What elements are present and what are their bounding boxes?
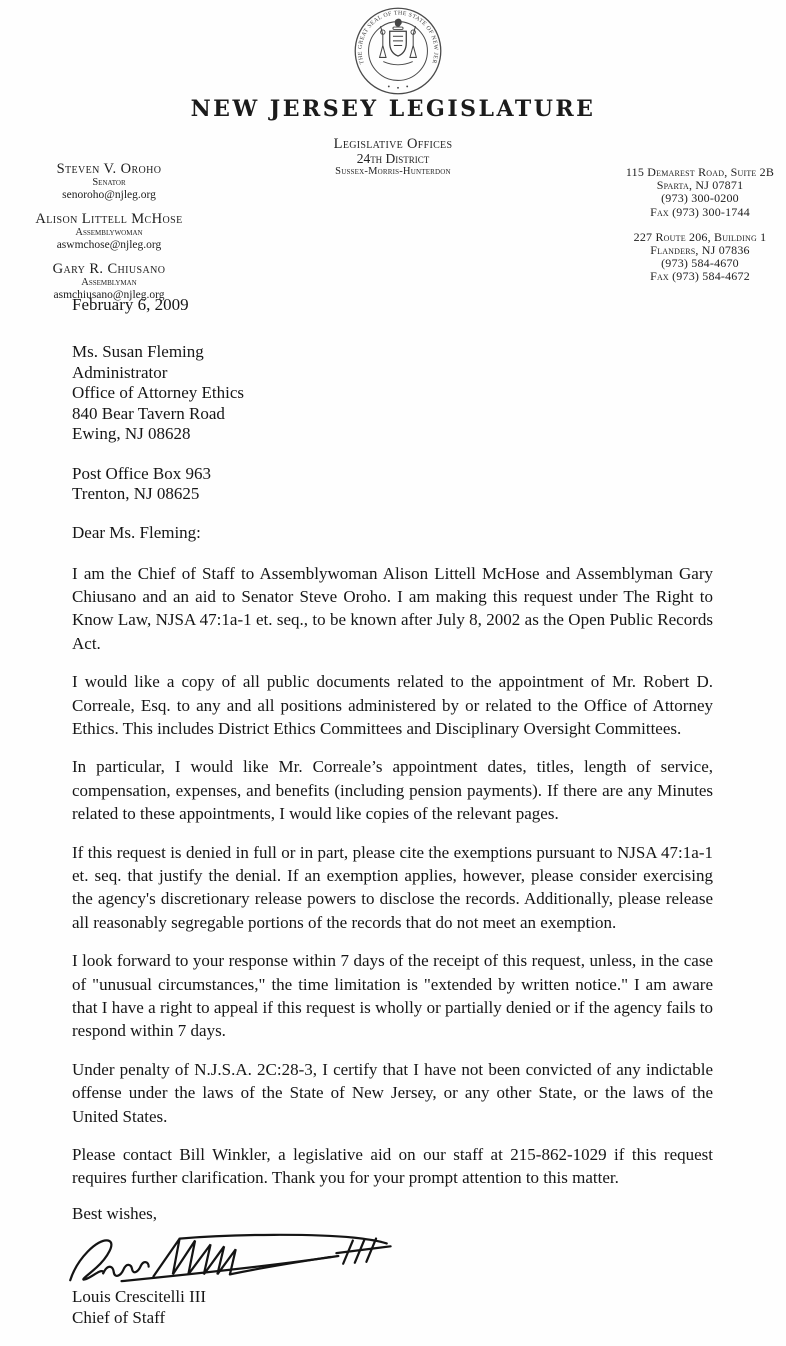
offices-column: 115 Demarest Road, Suite 2B Sparta, NJ 0… <box>587 166 786 296</box>
legislators-column: Steven V. Oroho Senator senoroho@njleg.o… <box>2 161 216 311</box>
paragraph-response-time: I look forward to your response within 7… <box>72 949 713 1043</box>
nj-great-seal-icon: THE GREAT SEAL OF THE STATE OF NEW JERSE… <box>352 5 444 97</box>
paragraph-denial-exemptions: If this request is denied in full or in … <box>72 841 713 935</box>
legislator-oroho: Steven V. Oroho Senator senoroho@njleg.o… <box>2 161 216 202</box>
salutation: Dear Ms. Fleming: <box>72 523 713 543</box>
closing: Best wishes, <box>72 1204 713 1224</box>
legislator-email: senoroho@njleg.org <box>2 189 216 202</box>
signature-typed-name: Louis Crescitelli III <box>72 1286 713 1307</box>
legislator-mchose: Alison Littell McHose Assemblywoman aswm… <box>2 211 216 252</box>
po-address-block: Post Office Box 963 Trenton, NJ 08625 <box>72 464 713 505</box>
seal-ring-text: THE GREAT SEAL OF THE STATE OF NEW JERSE… <box>352 5 438 65</box>
po-line: Trenton, NJ 08625 <box>72 484 713 505</box>
legislator-title: Senator <box>2 177 216 189</box>
legislator-title: Assemblyman <box>2 277 216 289</box>
recipient-line: Office of Attorney Ethics <box>72 383 713 404</box>
office-phone: (973) 300-0200 <box>587 192 786 205</box>
svg-text:THE GREAT SEAL OF THE STATE OF: THE GREAT SEAL OF THE STATE OF NEW JERSE… <box>352 5 438 65</box>
paragraph-particulars: In particular, I would like Mr. Correale… <box>72 755 713 825</box>
signature-typed-title: Chief of Staff <box>72 1307 713 1328</box>
office-fax: Fax (973) 300-1744 <box>587 206 786 219</box>
office-fax: Fax (973) 584-4672 <box>587 270 786 283</box>
office-line-legislative-offices: Legislative Offices <box>0 137 786 152</box>
letter-body: February 6, 2009 Ms. Susan Fleming Admin… <box>72 295 713 1328</box>
recipient-line: Administrator <box>72 363 713 384</box>
legislator-email: aswmchose@njleg.org <box>2 239 216 252</box>
paragraph-contact: Please contact Bill Winkler, a legislati… <box>72 1143 713 1190</box>
recipient-line: Ms. Susan Fleming <box>72 342 713 363</box>
paragraph-certification: Under penalty of N.J.S.A. 2C:28-3, I cer… <box>72 1058 713 1128</box>
recipient-line: 840 Bear Tavern Road <box>72 404 713 425</box>
recipient-line: Ewing, NJ 08628 <box>72 424 713 445</box>
legislator-name: Alison Littell McHose <box>2 211 216 227</box>
handwritten-signature-image <box>60 1226 396 1286</box>
po-line: Post Office Box 963 <box>72 464 713 485</box>
paragraph-records-request: I would like a copy of all public docume… <box>72 670 713 740</box>
letterhead-title: NEW JERSEY LEGISLATURE <box>0 96 786 122</box>
legislator-name: Gary R. Chiusano <box>2 261 216 277</box>
legislator-title: Assemblywoman <box>2 227 216 239</box>
recipient-address-block: Ms. Susan Fleming Administrator Office o… <box>72 342 713 445</box>
paragraph-intro: I am the Chief of Staff to Assemblywoman… <box>72 562 713 656</box>
scanned-letter-page: THE GREAT SEAL OF THE STATE OF NEW JERSE… <box>0 0 786 1346</box>
office-address-flanders: 227 Route 206, Building 1 Flanders, NJ 0… <box>587 231 786 284</box>
letter-date: February 6, 2009 <box>72 295 713 315</box>
office-address-sparta: 115 Demarest Road, Suite 2B Sparta, NJ 0… <box>587 166 786 219</box>
legislator-name: Steven V. Oroho <box>2 161 216 177</box>
